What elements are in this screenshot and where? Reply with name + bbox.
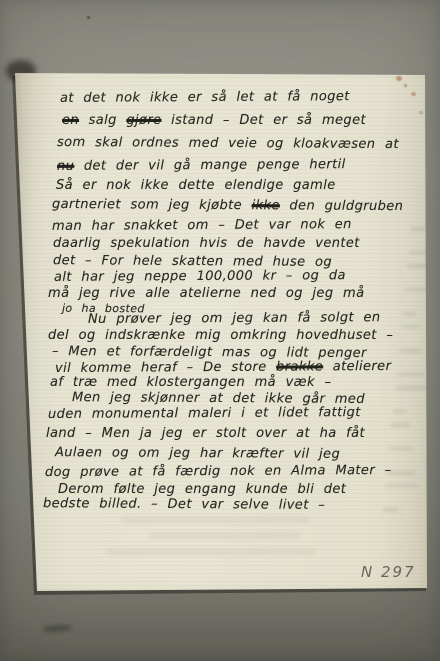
show-through-mark [395,386,428,390]
manuscript-line: en salg gjøre istand – Det er så meget [62,113,366,128]
manuscript-text: alt har jeg neppe 100,000 kr – og da [54,268,346,285]
manuscript-line: må jeg rive alle atelierne ned og jeg må [48,286,364,301]
catalog-number: N 297 [361,563,416,581]
show-through-mark [399,349,422,353]
struck-word: gjøre [126,113,161,128]
manuscript-line: bedste billed. – Det var selve livet – [43,496,325,513]
manuscript-line: daarlig spekulation hvis de havde ventet [53,236,360,251]
manuscript-line: som skal ordnes med veie og kloakvæsen a… [57,135,399,152]
manuscript-line: af træ med klostergangen må væk – [50,375,331,390]
manuscript-text: land – Men ja jeg er stolt over at ha få… [46,426,365,441]
show-through-mark [385,484,419,487]
background-smudge [42,624,72,633]
manuscript-text: del og indskrænke mig omkring hovedhuset… [48,328,393,343]
manuscript-text: daarlig spekulation hvis de havde ventet [53,236,360,251]
manuscript-text: det der vil gå mange penge hertil [84,157,346,174]
struck-word: brakke [276,359,323,374]
struck-word: nu [57,159,74,174]
manuscript-text: Aulaen og om jeg har kræfter vil jeg [55,445,340,462]
show-through-streak [150,533,300,538]
show-through-mark [405,288,437,291]
manuscript-line: Derom følte jeg engang kunde bli det [58,482,346,497]
manuscript-line: dog prøve at få færdig nok en Alma Mater… [45,463,392,480]
background-speck [87,16,90,19]
show-through-mark [391,423,410,427]
manuscript-line: man har snakket om – Det var nok en [52,217,352,234]
manuscript-line: land – Men ja jeg er stolt over at ha få… [46,426,365,441]
foxing-stain [419,111,423,114]
show-through-mark [411,227,428,231]
manuscript-text: må jeg rive alle atelierne ned og jeg må [48,286,364,301]
struck-word: en [62,113,79,128]
manuscript-line: del og indskrænke mig omkring hovedhuset… [48,328,393,343]
manuscript-text: uden monumental maleri i et lidet fattig… [48,405,361,422]
manuscript-text: atelierer [333,359,392,374]
manuscript-text: salg [89,113,117,128]
struck-word: ikke [252,198,280,213]
manuscript-line: Nu prøver jeg om jeg kan få solgt en [88,310,381,327]
manuscript-text: Derom følte jeg engang kunde bli det [58,482,346,497]
manuscript-text: af træ med klostergangen må væk – [50,375,331,390]
manuscript-line: det – For hele skatten med huse og [53,253,332,270]
manuscript-line: at det nok ikke er så let at få noget [60,89,350,106]
manuscript-text: det – For hele skatten med huse og [53,253,332,270]
photograph: at det nok ikke er så let at få nogeten … [0,0,440,661]
show-through-mark [403,312,416,316]
manuscript-text: Nu prøver jeg om jeg kan få solgt en [88,310,381,327]
manuscript-text: Så er nok ikke dette elendige gamle [56,178,336,193]
manuscript-text: istand – Det er så meget [171,113,366,128]
manuscript-line: alt har jeg neppe 100,000 kr – og da [54,268,346,285]
foxing-stain [411,92,416,96]
manuscript-text: som skal ordnes med veie og kloakvæsen a… [57,135,399,152]
foxing-stain [404,84,407,87]
manuscript-text: vil komme heraf – De store [55,360,267,376]
manuscript-line: gartneriet som jeg kjøbte ikke den guldg… [52,197,403,214]
manuscript-text: den guldgruben [289,198,403,214]
manuscript-page: at det nok ikke er så let at få nogeten … [10,65,432,597]
show-through-mark [407,264,434,268]
show-through-mark [397,373,425,376]
show-through-mark [383,508,398,512]
manuscript-text: at det nok ikke er så let at få noget [60,89,350,106]
manuscript-line: Så er nok ikke dette elendige gamle [56,178,336,193]
manuscript-line: vil komme heraf – De store brakke atelie… [55,359,391,376]
manuscript-text: bedste billed. – Det var selve livet – [43,496,325,513]
manuscript-line: uden monumental maleri i et lidet fattig… [48,405,361,422]
foxing-stain [396,76,402,81]
show-through-streak [105,549,315,554]
show-through-mark [401,325,419,328]
manuscript-text: man har snakket om – Det var nok en [52,217,352,234]
manuscript-line: nu det der vil gå mange penge hertil [57,157,346,174]
manuscript-line: Aulaen og om jeg har kræfter vil jeg [55,445,340,462]
manuscript-text: gartneriet som jeg kjøbte [52,197,242,213]
show-through-streak [120,517,310,522]
manuscript-text: dog prøve at få færdig nok en Alma Mater… [45,463,392,480]
show-through-mark [389,447,413,450]
show-through-mark [393,410,407,413]
show-through-mark [409,251,431,254]
